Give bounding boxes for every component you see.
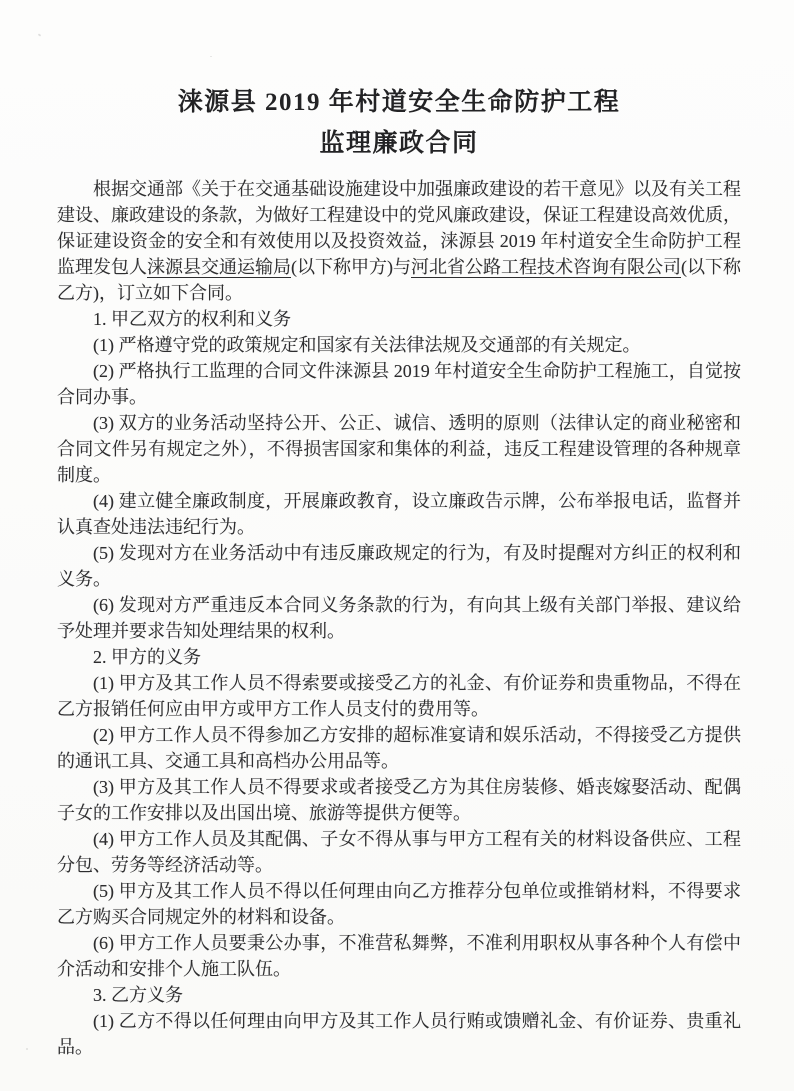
section-1-item-2: (2) 严格执行工监理的合同文件涞源县 2019 年村道安全生命防护工程施工，自… bbox=[57, 358, 741, 410]
section-3-item-1: (1) 乙方不得以任何理由向甲方及其工作人员行贿或馈赠礼金、有价证券、贵重礼品。 bbox=[57, 1008, 741, 1060]
scanned-contract-page: 涞源县 2019 年村道安全生命防护工程 监理廉政合同 根据交通部《关于在交通基… bbox=[0, 0, 794, 1091]
section-1-item-5: (5) 发现对方在业务活动中有违反廉政规定的行为，有及时提醒对方纠正的权利和义务… bbox=[57, 540, 741, 592]
intro-paragraph: 根据交通部《关于在交通基础设施建设中加强廉政建设的若干意见》以及有关工程建设、廉… bbox=[57, 176, 741, 306]
section-2-item-1: (1) 甲方及其工作人员不得索要或接受乙方的礼金、有价证券和贵重物品，不得在乙方… bbox=[57, 670, 741, 722]
section-2-item-6: (6) 甲方工作人员要秉公办事，不准营私舞弊，不准利用职权从事各种个人有偿中介活… bbox=[57, 930, 741, 982]
scan-speckle bbox=[210, 56, 212, 57]
section-1-item-3: (3) 双方的业务活动坚持公开、公正、诚信、透明的原则（法律认定的商业秘密和合同… bbox=[57, 410, 741, 488]
document-title: 涞源县 2019 年村道安全生命防护工程 监理廉政合同 bbox=[57, 82, 741, 164]
contract-body: 根据交通部《关于在交通基础设施建设中加强廉政建设的若干意见》以及有关工程建设、廉… bbox=[57, 176, 741, 1060]
title-line-2: 监理廉政合同 bbox=[57, 123, 741, 164]
section-1-item-1: (1) 严格遵守党的政策规定和国家有关法律法规及交通部的有关规定。 bbox=[57, 332, 741, 358]
section-1-item-6: (6) 发现对方严重违反本合同义务条款的行为，有向其上级有关部门举报、建议给予处… bbox=[57, 592, 741, 644]
section-2-item-3: (3) 甲方及其工作人员不得要求或者接受乙方为其住房装修、婚丧嫁娶活动、配偶子女… bbox=[57, 774, 741, 826]
section-2-item-4: (4) 甲方工作人员及其配偶、子女不得从事与甲方工程有关的材料设备供应、工程分包… bbox=[57, 826, 741, 878]
scan-speckle bbox=[26, 1048, 28, 1050]
section-1-item-4: (4) 建立健全廉政制度，开展廉政教育，设立廉政告示牌，公布举报电话，监督并认真… bbox=[57, 488, 741, 540]
section-1-heading: 1. 甲乙双方的权利和义务 bbox=[57, 306, 741, 332]
scan-speckle bbox=[38, 33, 42, 36]
intro-between: (以下称甲方)与 bbox=[291, 257, 411, 277]
section-2-item-2: (2) 甲方工作人员不得参加乙方安排的超标准宴请和娱乐活动，不得接受乙方提供的通… bbox=[57, 722, 741, 774]
party-b-name: 河北省公路工程技术咨询有限公司 bbox=[411, 257, 681, 277]
section-2-heading: 2. 甲方的义务 bbox=[57, 644, 741, 670]
party-a-name: 涞源县交通运输局 bbox=[147, 257, 291, 277]
section-2-item-5: (5) 甲方及其工作人员不得以任何理由向乙方推荐分包单位或推销材料，不得要求乙方… bbox=[57, 878, 741, 930]
page-content: 涞源县 2019 年村道安全生命防护工程 监理廉政合同 根据交通部《关于在交通基… bbox=[57, 82, 741, 1060]
title-line-1: 涞源县 2019 年村道安全生命防护工程 bbox=[57, 82, 741, 123]
section-3-heading: 3. 乙方义务 bbox=[57, 982, 741, 1008]
